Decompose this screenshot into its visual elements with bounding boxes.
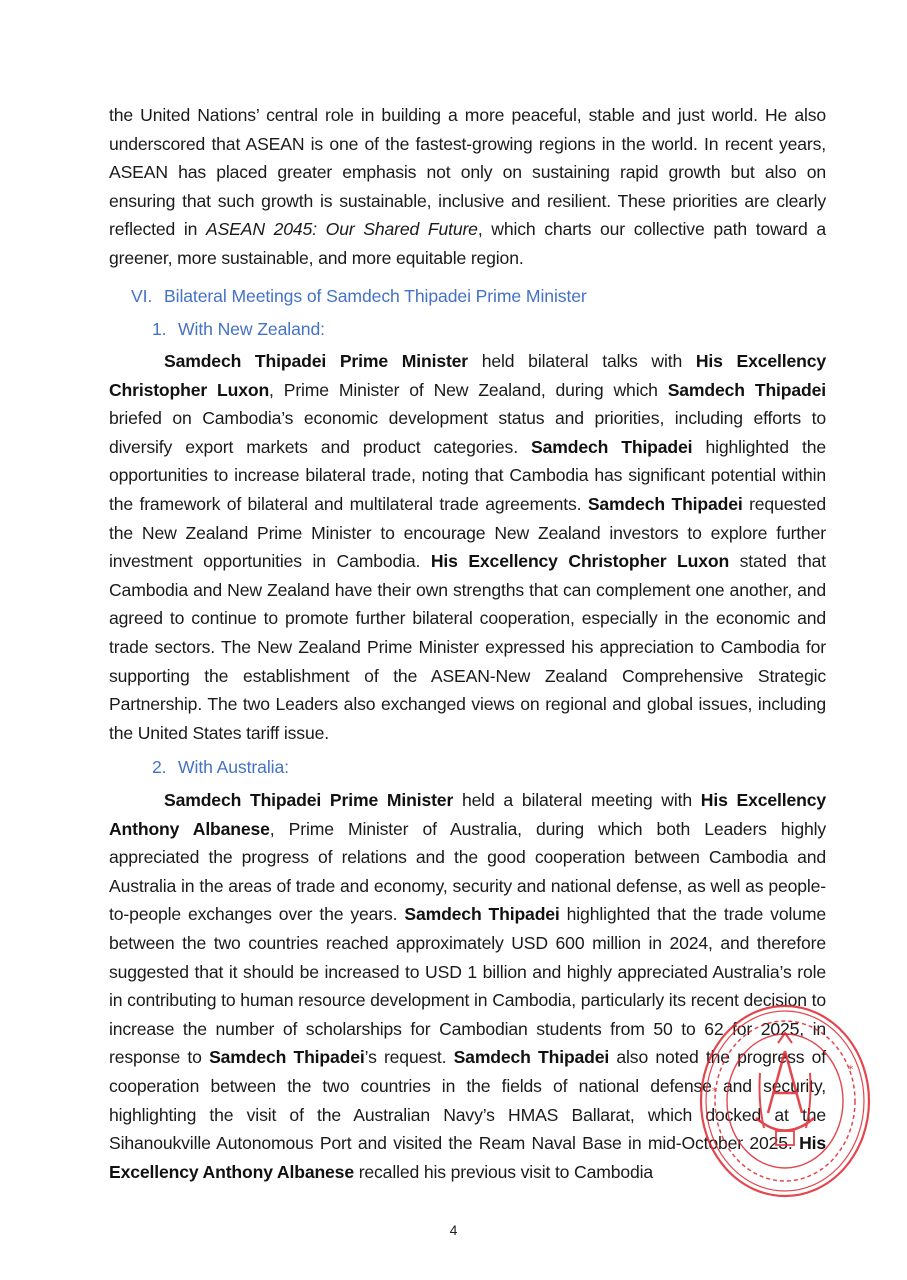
bold-name-text: Samdech Thipadei xyxy=(209,1047,365,1067)
subsection-heading-new-zealand: 1.With New Zealand: xyxy=(152,315,325,343)
section-title: Bilateral Meetings of Samdech Thipadei P… xyxy=(164,286,587,306)
bold-name-text: Samdech Thipadei xyxy=(404,904,559,924)
section-number: VI. xyxy=(131,282,164,310)
body-text: held bilateral talks with xyxy=(468,351,696,371)
intro-paragraph: the United Nations’ central role in buil… xyxy=(109,101,826,273)
bold-name-text: Samdech Thipadei xyxy=(668,380,826,400)
subsection-title: With New Zealand: xyxy=(178,319,325,339)
section-heading: VI.Bilateral Meetings of Samdech Thipade… xyxy=(131,282,587,310)
body-text: held a bilateral meeting with xyxy=(453,790,701,810)
subsection-number: 2. xyxy=(152,753,178,781)
publication-title: ASEAN 2045: Our Shared Future xyxy=(206,219,478,239)
body-text: highlighted that the trade volume betwee… xyxy=(109,904,826,1067)
bold-name-text: Samdech Thipadei Prime Minister xyxy=(164,790,453,810)
paragraph-new-zealand: Samdech Thipadei Prime Minister held bil… xyxy=(109,347,826,747)
svg-text:*: * xyxy=(848,1063,854,1076)
page-number: 4 xyxy=(0,1222,907,1238)
bold-name-text: Samdech Thipadei xyxy=(454,1047,610,1067)
bold-name-text: Samdech Thipadei Prime Minister xyxy=(164,351,468,371)
bold-name-text: His Excellency Christopher Luxon xyxy=(431,551,729,571)
subsection-heading-australia: 2.With Australia: xyxy=(152,753,289,781)
body-text: , Prime Minister of New Zealand, during … xyxy=(269,380,668,400)
bold-name-text: Samdech Thipadei xyxy=(588,494,743,514)
document-page: the United Nations’ central role in buil… xyxy=(0,0,907,1280)
subsection-title: With Australia: xyxy=(178,757,289,777)
body-text: stated that Cambodia and New Zealand hav… xyxy=(109,551,826,743)
bold-name-text: Samdech Thipadei xyxy=(531,437,692,457)
subsection-number: 1. xyxy=(152,315,178,343)
paragraph-australia: Samdech Thipadei Prime Minister held a b… xyxy=(109,786,826,1186)
body-text: recalled his previous visit to Cambodia xyxy=(354,1162,653,1182)
body-text: ’s request. xyxy=(365,1047,454,1067)
